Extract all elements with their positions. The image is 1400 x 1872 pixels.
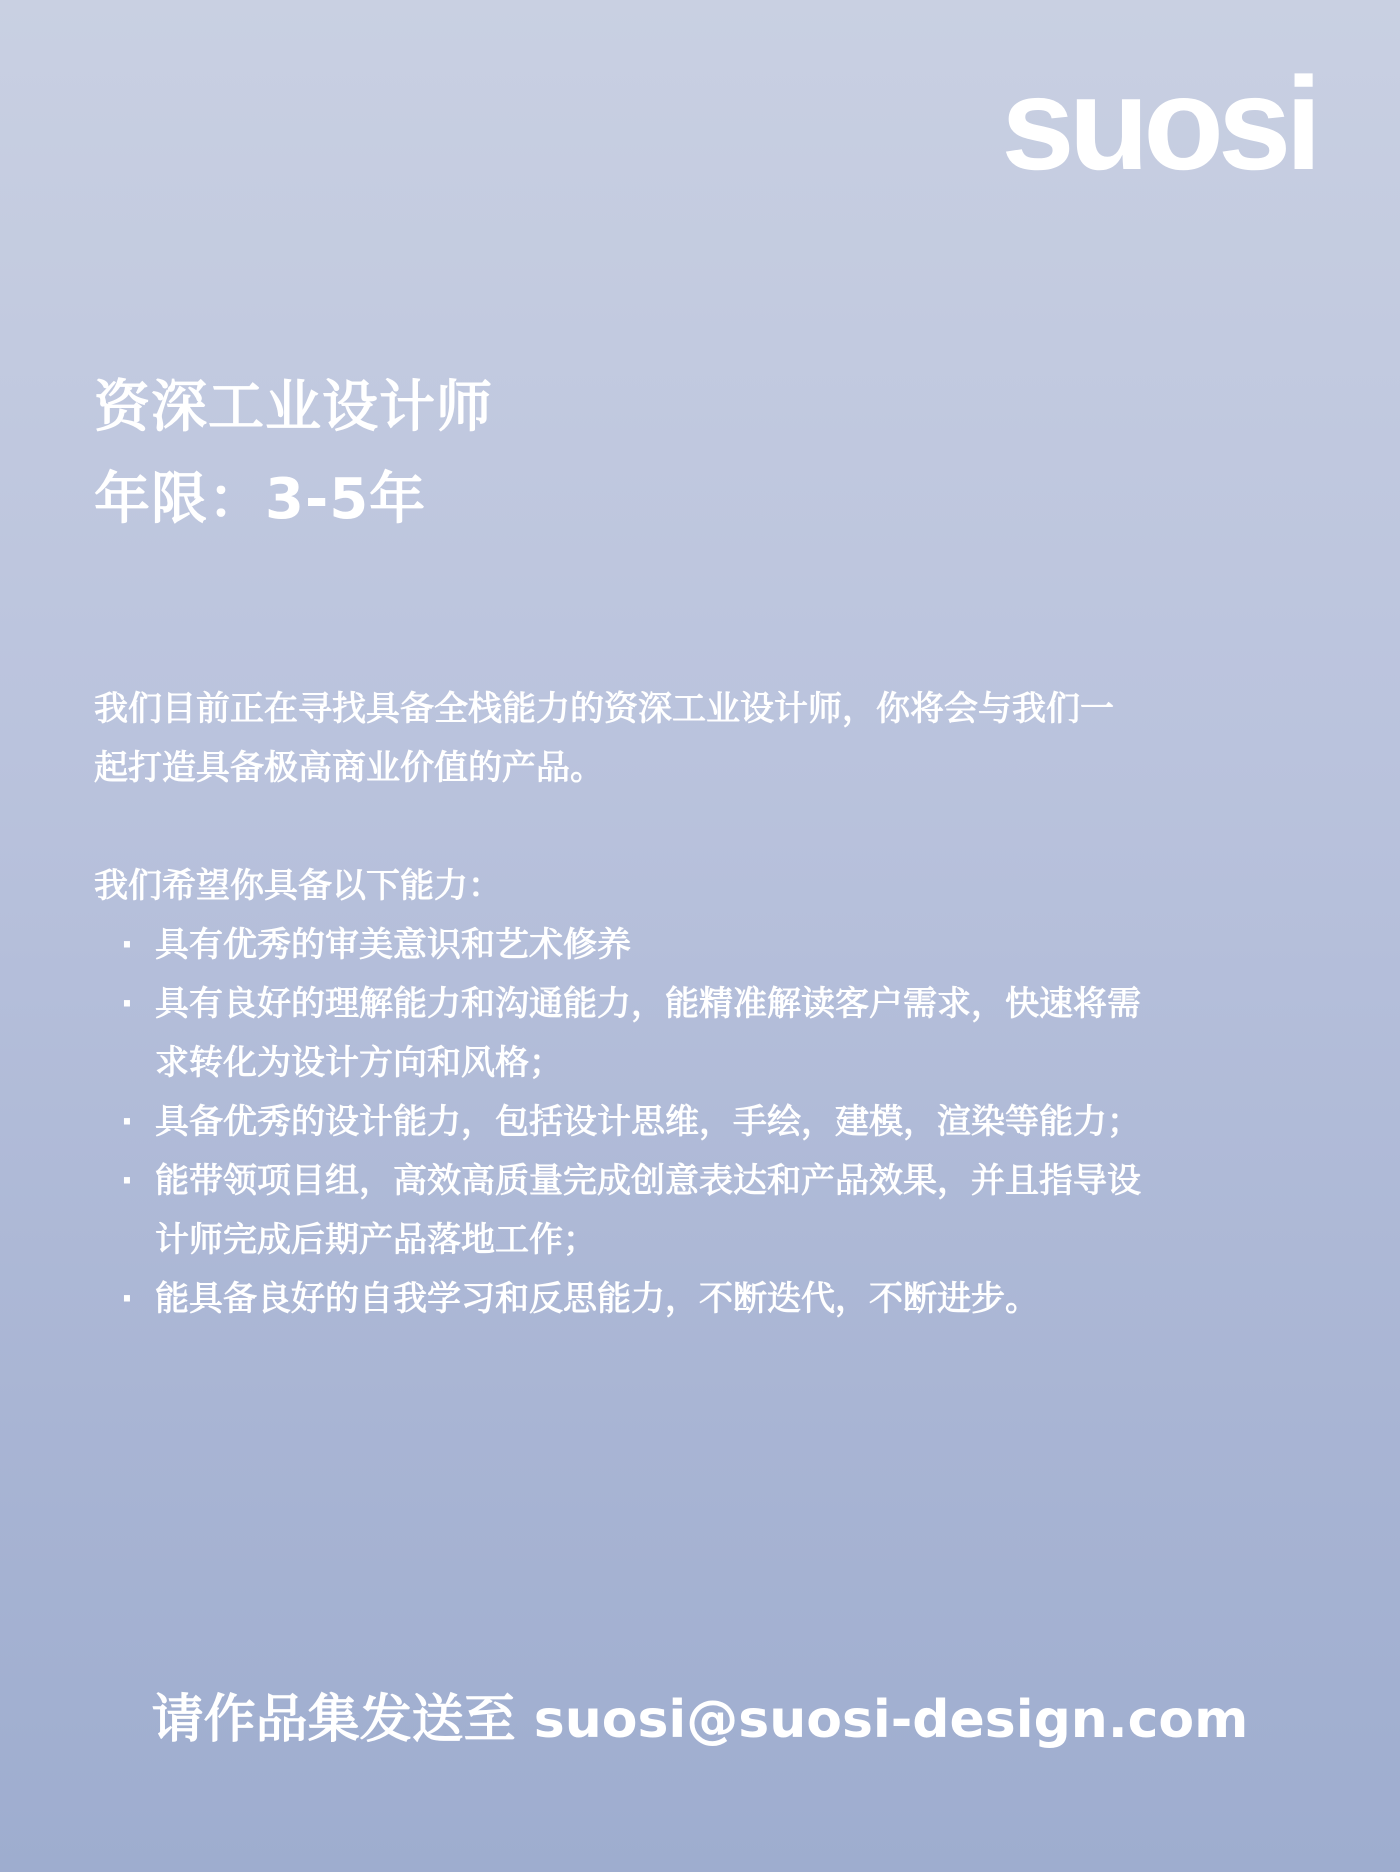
requirement-text: 具有优秀的审美意识和艺术修养 xyxy=(155,916,1334,975)
experience-requirement: 年限：3-5年 xyxy=(94,454,493,546)
requirement-text: 具备优秀的设计能力，包括设计思维，手绘，建模，渲染等能力； xyxy=(155,1093,1334,1152)
requirement-text: 计师完成后期产品落地工作； xyxy=(155,1211,1334,1270)
requirement-item: · 具有优秀的审美意识和艺术修养 xyxy=(94,916,1334,975)
intro-line: 起打造具备极高商业价值的产品。 xyxy=(94,739,1334,798)
requirement-item: · 具有良好的理解能力和沟通能力，能精准解读客户需求，快速将需 求转化为设计方向… xyxy=(94,975,1334,1093)
bullet-dot-icon: · xyxy=(112,916,142,975)
contact-footer: 请作品集发送至 suosi@suosi-design.com xyxy=(0,1680,1400,1760)
job-header: 资深工业设计师 年限：3-5年 xyxy=(94,362,493,546)
requirement-text: 具有良好的理解能力和沟通能力，能精准解读客户需求，快速将需 xyxy=(155,975,1334,1034)
requirement-text: 求转化为设计方向和风格； xyxy=(155,1034,1334,1093)
bullet-dot-icon: · xyxy=(112,1152,142,1211)
intro-paragraph: 我们目前正在寻找具备全栈能力的资深工业设计师，你将会与我们一 起打造具备极高商业… xyxy=(94,680,1334,798)
requirements-heading: 我们希望你具备以下能力： xyxy=(94,857,1334,916)
bullet-dot-icon: · xyxy=(112,1093,142,1152)
requirements-list: · 具有优秀的审美意识和艺术修养 · 具有良好的理解能力和沟通能力，能精准解读客… xyxy=(94,916,1334,1329)
job-description: 我们目前正在寻找具备全栈能力的资深工业设计师，你将会与我们一 起打造具备极高商业… xyxy=(94,680,1334,1329)
bullet-dot-icon: · xyxy=(112,1270,142,1329)
contact-prompt: 请作品集发送至 xyxy=(152,1690,534,1750)
job-title: 资深工业设计师 xyxy=(94,362,493,454)
requirement-item: · 能带领项目组，高效高质量完成创意表达和产品效果，并且指导设 计师完成后期产品… xyxy=(94,1152,1334,1270)
contact-email[interactable]: suosi@suosi-design.com xyxy=(534,1690,1249,1750)
bullet-dot-icon: · xyxy=(112,975,142,1034)
requirement-item: · 能具备良好的自我学习和反思能力，不断迭代，不断进步。 xyxy=(94,1270,1334,1329)
intro-line: 我们目前正在寻找具备全栈能力的资深工业设计师，你将会与我们一 xyxy=(94,680,1334,739)
experience-label: 年限： xyxy=(94,467,265,532)
brand-logo: suosi xyxy=(1001,58,1316,190)
requirement-text: 能带领项目组，高效高质量完成创意表达和产品效果，并且指导设 xyxy=(155,1152,1334,1211)
requirement-text: 能具备良好的自我学习和反思能力，不断迭代，不断进步。 xyxy=(155,1270,1334,1329)
requirement-item: · 具备优秀的设计能力，包括设计思维，手绘，建模，渲染等能力； xyxy=(94,1093,1334,1152)
experience-value: 3-5年 xyxy=(265,467,426,532)
